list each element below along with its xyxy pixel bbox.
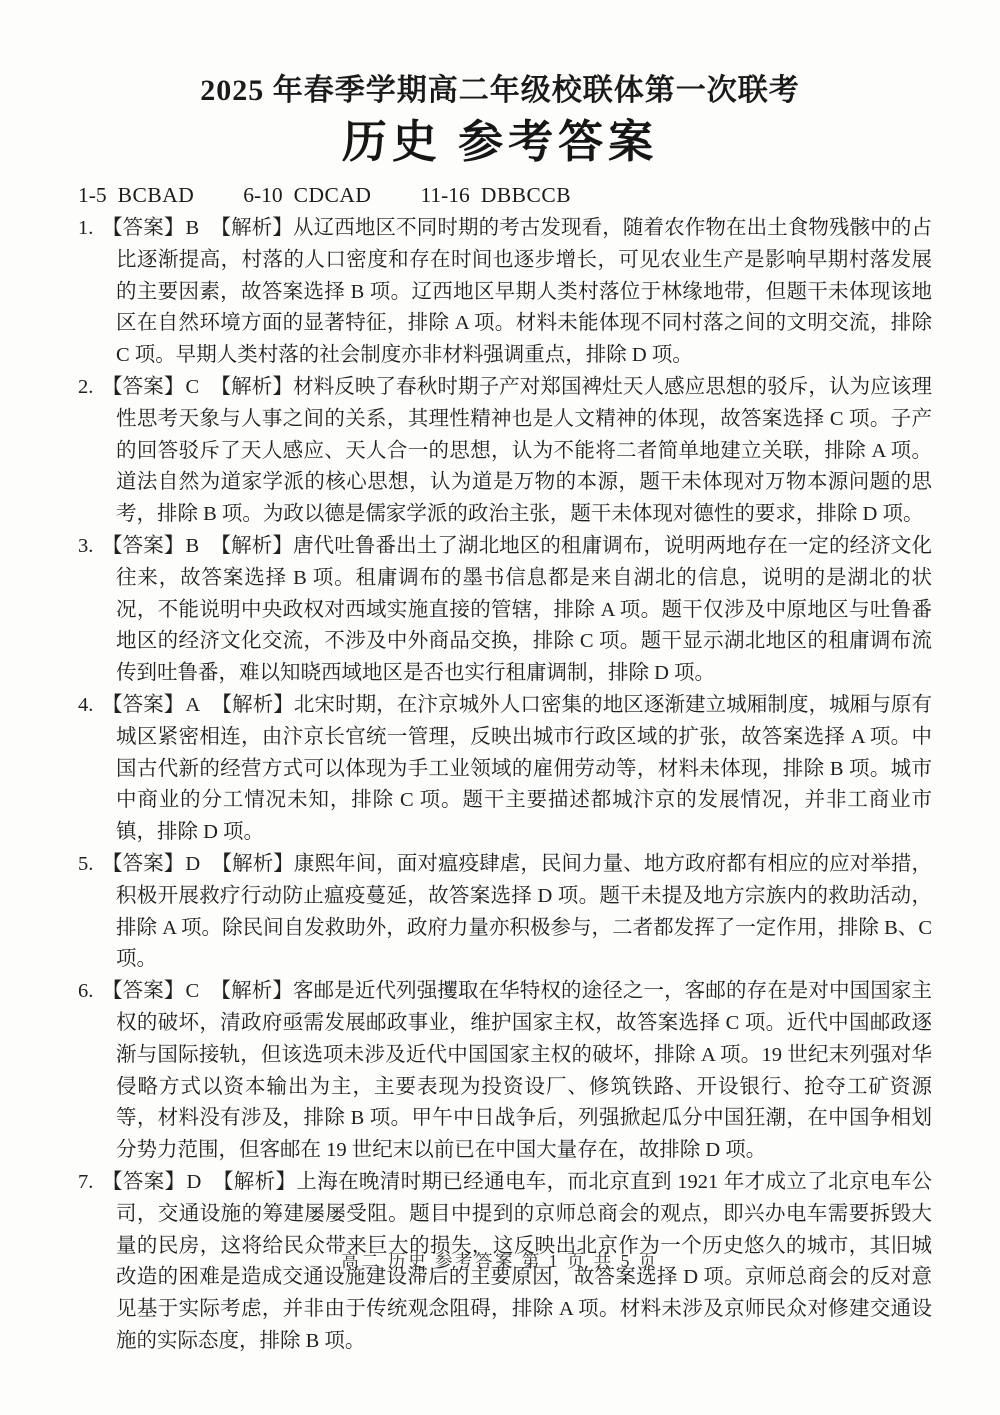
item-number: 5. <box>78 849 102 976</box>
answer-letter: C <box>184 980 199 1002</box>
item-body: 【答案】C【解析】材料反映了春秋时期子产对郑国裨灶天人感应思想的驳斥，认为应该理… <box>102 372 932 531</box>
answer-letter: B <box>184 535 199 557</box>
explanation-list: 1. 【答案】B【解析】从辽西地区不同时期的考古发现看，随着农作物在出土食物残骸… <box>78 213 932 1358</box>
answer-label: 【答案】 <box>102 535 184 557</box>
answer-label: 【答案】 <box>102 853 184 875</box>
answer-label: 【答案】 <box>102 1171 185 1193</box>
item-body: 【答案】C【解析】客邮是近代列强攫取在华特权的途径之一，客邮的存在是对中国国家主… <box>102 976 932 1167</box>
answer-letter: A <box>184 694 200 716</box>
item-body: 【答案】A【解析】北宋时期，在汴京城外人口密集的地区逐渐建立城厢制度，城厢与原有… <box>102 690 932 849</box>
analysis-label: 【解析】 <box>211 694 293 716</box>
answer-sheet-page: 2025 年春季学期高二年级校联体第一次联考 历史 参考答案 1-5BCBAD … <box>0 0 1000 1415</box>
analysis-text: 从辽西地区不同时期的考古发现看，随着农作物在出土食物残骸中的占比逐渐提高，村落的… <box>116 217 932 366</box>
answer-letter: B <box>184 217 199 239</box>
item-body: 【答案】B【解析】唐代吐鲁番出土了湖北地区的租庸调布，说明两地存在一定的经济文化… <box>102 531 932 690</box>
explanation-item-3: 3. 【答案】B【解析】唐代吐鲁番出土了湖北地区的租庸调布，说明两地存在一定的经… <box>78 531 932 690</box>
answer-key-letters: CDCAD <box>294 181 372 209</box>
analysis-label: 【解析】 <box>213 1171 297 1193</box>
answer-letter: D <box>185 1171 201 1193</box>
answer-label: 【答案】 <box>102 376 184 398</box>
explanation-item-2: 2. 【答案】C【解析】材料反映了春秋时期子产对郑国裨灶天人感应思想的驳斥，认为… <box>78 372 932 531</box>
page-title: 2025 年春季学期高二年级校联体第一次联考 <box>0 72 1000 110</box>
analysis-label: 【解析】 <box>210 535 293 557</box>
analysis-label: 【解析】 <box>210 376 293 398</box>
explanation-item-5: 5. 【答案】D【解析】康熙年间，面对瘟疫肆虐，民间力量、地方政府都有相应的应对… <box>78 849 932 976</box>
answer-key-line: 1-5BCBAD 6-10CDCAD 11-16DBBCCB <box>78 181 1000 209</box>
explanation-item-6: 6. 【答案】C【解析】客邮是近代列强攫取在华特权的途径之一，客邮的存在是对中国… <box>78 976 932 1167</box>
item-number: 2. <box>78 372 102 531</box>
item-number: 1. <box>78 213 102 372</box>
page-footer: 高二 历史 参考答案 第 1 页 共 5 页 <box>0 1248 1000 1273</box>
answer-label: 【答案】 <box>102 217 184 239</box>
item-body: 【答案】B【解析】从辽西地区不同时期的考古发现看，随着农作物在出土食物残骸中的占… <box>102 213 932 372</box>
item-number: 4. <box>78 690 102 849</box>
document-header: 2025 年春季学期高二年级校联体第一次联考 历史 参考答案 <box>0 0 1000 169</box>
answer-key-range: 1-5 <box>78 181 107 209</box>
answer-label: 【答案】 <box>102 980 184 1002</box>
explanation-item-4: 4. 【答案】A【解析】北宋时期，在汴京城外人口密集的地区逐渐建立城厢制度，城厢… <box>78 690 932 849</box>
answer-key-group-1: 1-5BCBAD <box>78 181 194 209</box>
answer-key-range: 11-16 <box>420 181 469 209</box>
answer-key-range: 6-10 <box>243 181 282 209</box>
item-number: 6. <box>78 976 102 1167</box>
explanation-item-1: 1. 【答案】B【解析】从辽西地区不同时期的考古发现看，随着农作物在出土食物残骸… <box>78 213 932 372</box>
analysis-text: 唐代吐鲁番出土了湖北地区的租庸调布，说明两地存在一定的经济文化往来，故答案选择 … <box>116 535 932 684</box>
analysis-label: 【解析】 <box>210 217 293 239</box>
page-subtitle: 历史 参考答案 <box>0 115 1000 169</box>
item-number: 3. <box>78 531 102 690</box>
answer-label: 【答案】 <box>102 694 184 716</box>
answer-key-group-2: 6-10CDCAD <box>243 181 371 209</box>
answer-key-group-3: 11-16DBBCCB <box>420 181 571 209</box>
answer-key-letters: DBBCCB <box>481 181 571 209</box>
analysis-label: 【解析】 <box>211 853 293 875</box>
answer-key-letters: BCBAD <box>118 181 195 209</box>
analysis-text: 客邮是近代列强攫取在华特权的途径之一，客邮的存在是对中国国家主权的破坏，清政府亟… <box>116 980 932 1161</box>
item-body: 【答案】D【解析】康熙年间，面对瘟疫肆虐，民间力量、地方政府都有相应的应对举措，… <box>102 849 932 976</box>
answer-letter: D <box>184 853 200 875</box>
analysis-label: 【解析】 <box>210 980 293 1002</box>
analysis-text: 材料反映了春秋时期子产对郑国裨灶天人感应思想的驳斥，认为应该理性思考天象与人事之… <box>116 376 932 525</box>
answer-letter: C <box>184 376 199 398</box>
analysis-text: 北宋时期，在汴京城外人口密集的地区逐渐建立城厢制度，城厢与原有城区紧密相连，由汴… <box>116 694 932 843</box>
